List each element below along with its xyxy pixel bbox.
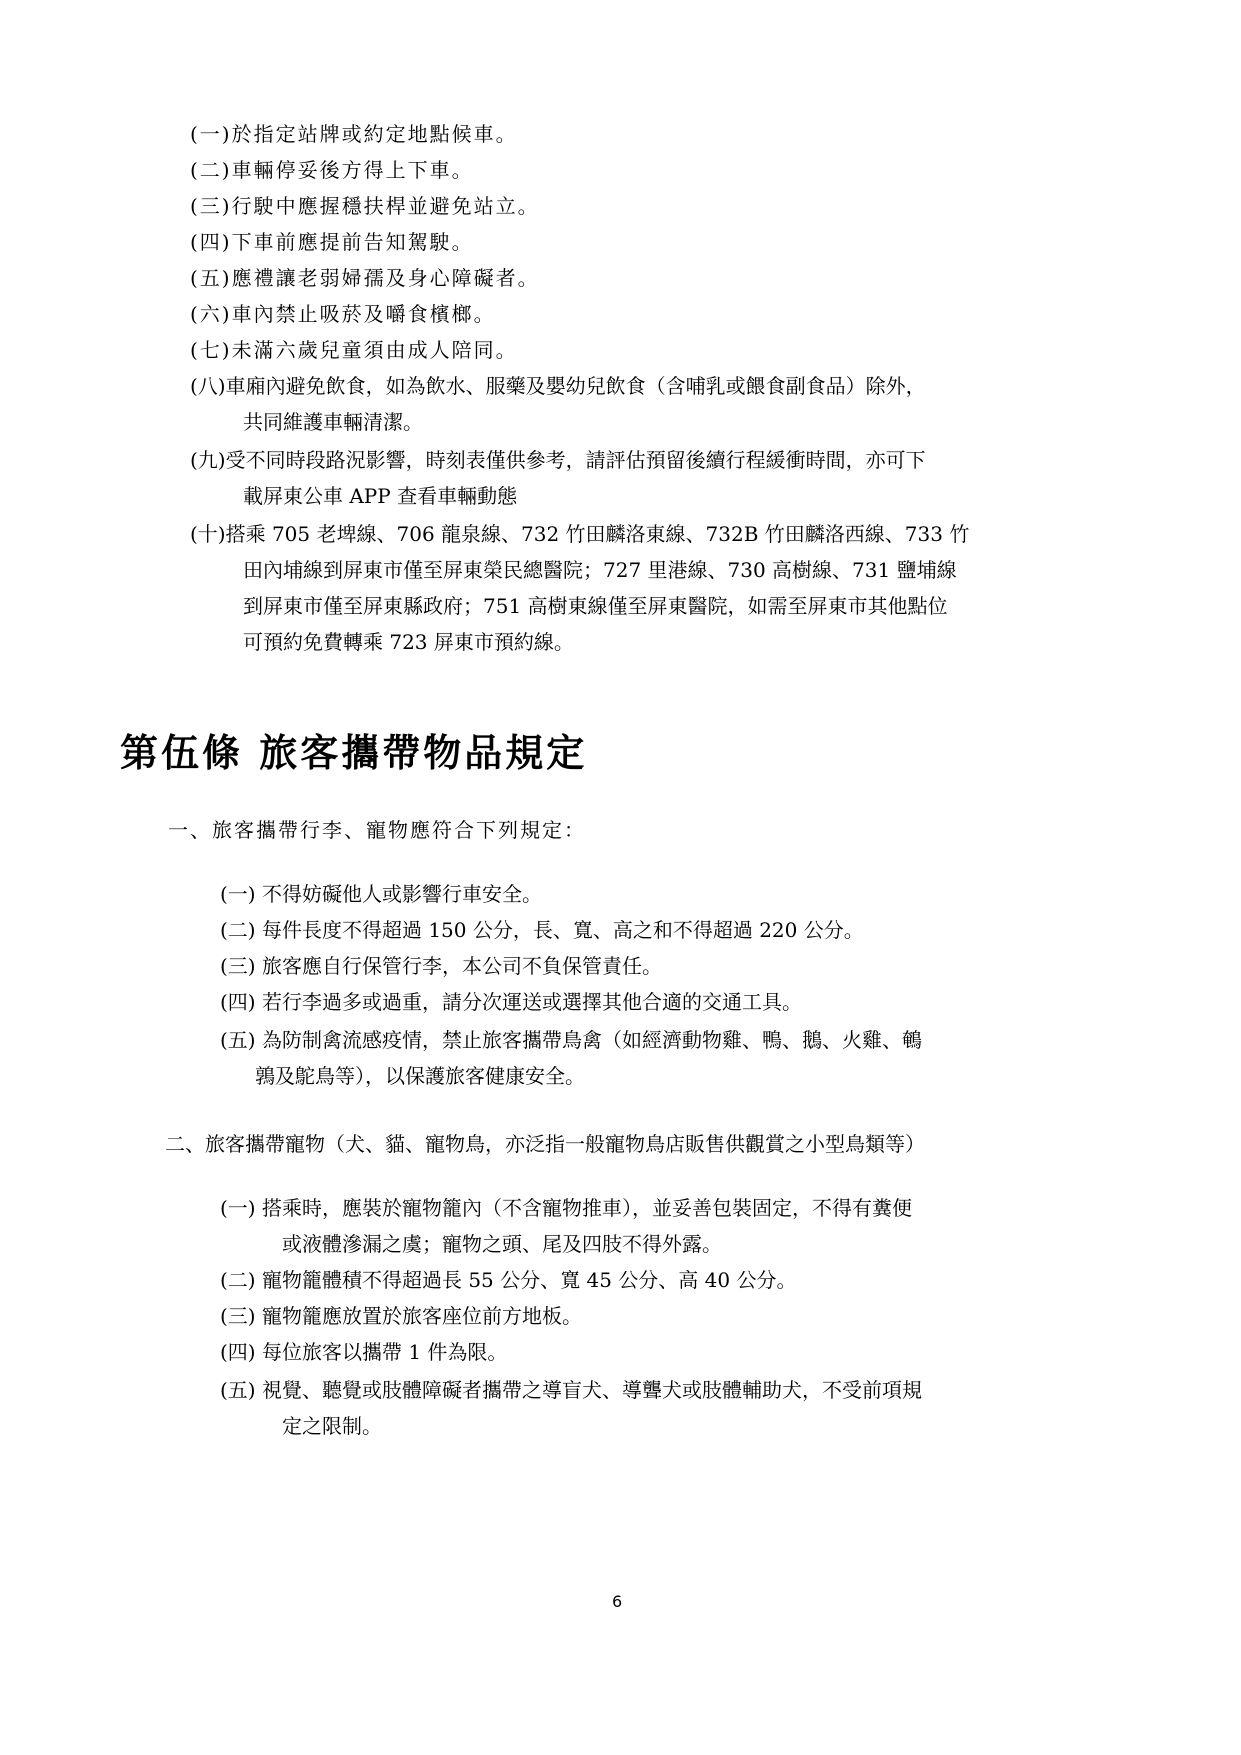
rule-item: (五)應禮讓老弱婦孺及身心障礙者。: [190, 266, 540, 290]
part1-item: (三) 旅客應自行保管行李，本公司不負保管責任。: [220, 954, 662, 978]
rule-item: (九)受不同時段路況影響，時刻表僅供參考，請評估預留後續行程緩衝時間，亦可下: [190, 448, 926, 472]
rule-item: (八)車廂內避免飲食，如為飲水、服藥及嬰幼兒飲食（含哺乳或餵食副食品）除外，: [190, 374, 926, 398]
part1-item-continuation: 鶉及鴕鳥等），以保護旅客健康安全。: [255, 1064, 585, 1088]
rule-item-continuation: 共同維護車輛清潔。: [243, 410, 423, 434]
part2-item: (一) 搭乘時，應裝於寵物籠內（不含寵物推車），並妥善包裝固定，不得有糞便: [220, 1196, 912, 1220]
rule-item: (六)車內禁止吸菸及嚼食檳榔。: [190, 302, 496, 326]
part1-item: (二) 每件長度不得超過 150 公分，長、寬、高之和不得超過 220 公分。: [220, 918, 864, 942]
rule-item: (七)未滿六歲兒童須由成人陪同。: [190, 338, 518, 362]
part2-item: (四) 每位旅客以攜帶 1 件為限。: [220, 1340, 507, 1364]
rule-item-continuation: 到屏東市僅至屏東縣政府；751 高樹東線僅至屏東醫院，如需至屏東市其他點位: [243, 594, 948, 618]
part2-item: (五) 視覺、聽覺或肢體障礙者攜帶之導盲犬、導聾犬或肢體輔助犬，不受前項規: [220, 1378, 922, 1402]
article-heading: 第伍條 旅客攜帶物品規定: [120, 722, 587, 777]
part1-item: (四) 若行李過多或過重，請分次運送或選擇其他合適的交通工具。: [220, 990, 802, 1014]
part2-item: (三) 寵物籠應放置於旅客座位前方地板。: [220, 1304, 582, 1328]
part2-item-continuation: 定之限制。: [282, 1414, 382, 1438]
rule-item-continuation: 可預約免費轉乘 723 屏東市預約線。: [243, 630, 574, 654]
rule-item: (二)車輛停妥後方得上下車。: [190, 158, 474, 182]
part1-item: (五) 為防制禽流感疫情，禁止旅客攜帶鳥禽（如經濟動物雞、鴨、鵝、火雞、鵪: [220, 1028, 922, 1052]
rule-item: (一)於指定站牌或約定地點候車。: [190, 122, 518, 146]
rule-item-continuation: 田內埔線到屏東市僅至屏東榮民總醫院；727 里港線、730 高樹線、731 鹽埔…: [243, 558, 957, 582]
part1-item: (一) 不得妨礙他人或影響行車安全。: [220, 882, 542, 906]
rule-item: (十)搭乘 705 老埤線、706 龍泉線、732 竹田麟洛東線、732B 竹田…: [190, 522, 969, 546]
rule-item-continuation: 載屏東公車 APP 查看車輛動態: [243, 484, 517, 508]
part2-item-continuation: 或液體滲漏之虞；寵物之頭、尾及四肢不得外露。: [282, 1232, 722, 1256]
rule-item: (四)下車前應提前告知駕駛。: [190, 230, 474, 254]
rule-item: (三)行駛中應握穩扶桿並避免站立。: [190, 194, 540, 218]
page-number: 6: [612, 1592, 622, 1611]
part2-item: (二) 寵物籠體積不得超過長 55 公分、寬 45 公分、高 40 公分。: [220, 1268, 796, 1292]
part1-title: 一、旅客攜帶行李、寵物應符合下列規定：: [168, 818, 586, 842]
part2-title: 二、旅客攜帶寵物（犬、貓、寵物鳥，亦泛指一般寵物鳥店販售供觀賞之小型鳥類等）: [165, 1132, 925, 1156]
